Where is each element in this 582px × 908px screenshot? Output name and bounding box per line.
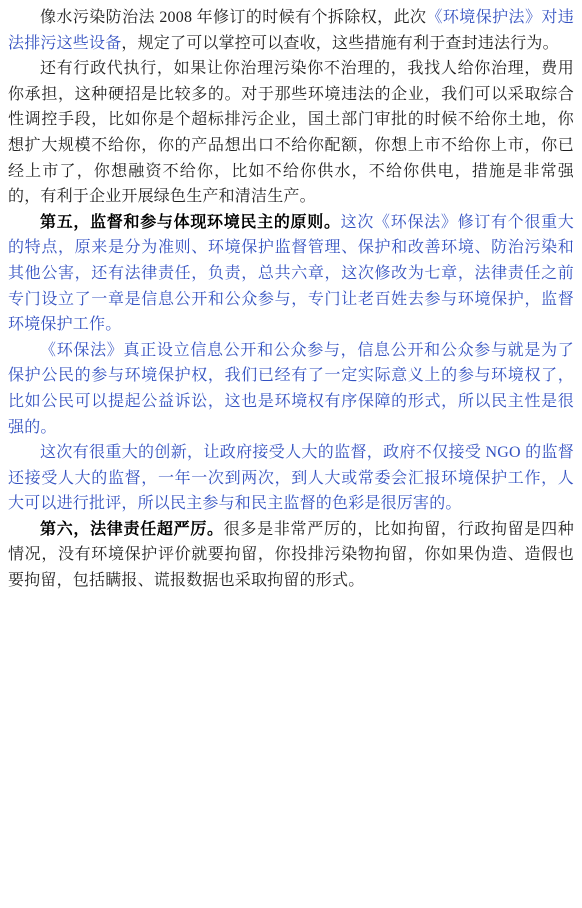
paragraph: 这次有很重大的创新，让政府接受人大的监督，政府不仅接受 NGO 的监督还接受人大… (8, 440, 574, 517)
text-run: 第六，法律责任超严厉。 (40, 521, 224, 538)
text-run: 还有行政代执行，如果让你治理污染你不治理的，我找人给你治理，费用你承担，这种硬招… (8, 60, 574, 205)
paragraph: 第六，法律责任超严厉。很多是非常严厉的，比如拘留，行政拘留是四种情况，没有环境保… (8, 517, 574, 594)
text-run: 像水污染防治法 2008 年修订的时候有个拆除权，此次 (40, 9, 426, 26)
paragraph: 像水污染防治法 2008 年修订的时候有个拆除权，此次《环境保护法》对违法排污这… (8, 5, 574, 56)
text-run: 这次《环保法》修订有个很重大的特点，原来是分为准则、环境保护监督管理、保护和改善… (8, 214, 574, 333)
paragraph: 第五，监督和参与体现环境民主的原则。这次《环保法》修订有个很重大的特点，原来是分… (8, 210, 574, 338)
paragraph: 还有行政代执行，如果让你治理污染你不治理的，我找人给你治理，费用你承担，这种硬招… (8, 56, 574, 210)
paragraph: 《环保法》真正设立信息公开和公众参与，信息公开和公众参与就是为了保护公民的参与环… (8, 338, 574, 440)
text-run: 这次有很重大的创新，让政府接受人大的监督，政府不仅接受 NGO 的监督还接受人大… (8, 444, 574, 512)
text-run: 第五，监督和参与体现环境民主的原则。 (40, 214, 341, 231)
text-run: 《环保法》真正设立信息公开和公众参与，信息公开和公众参与就是为了保护公民的参与环… (8, 342, 574, 436)
document-page: 像水污染防治法 2008 年修订的时候有个拆除权，此次《环境保护法》对违法排污这… (0, 0, 582, 908)
text-run: ，规定了可以掌控可以查收，这些措施有利于查封违法行为。 (121, 35, 558, 52)
document-body: 像水污染防治法 2008 年修订的时候有个拆除权，此次《环境保护法》对违法排污这… (8, 5, 574, 594)
